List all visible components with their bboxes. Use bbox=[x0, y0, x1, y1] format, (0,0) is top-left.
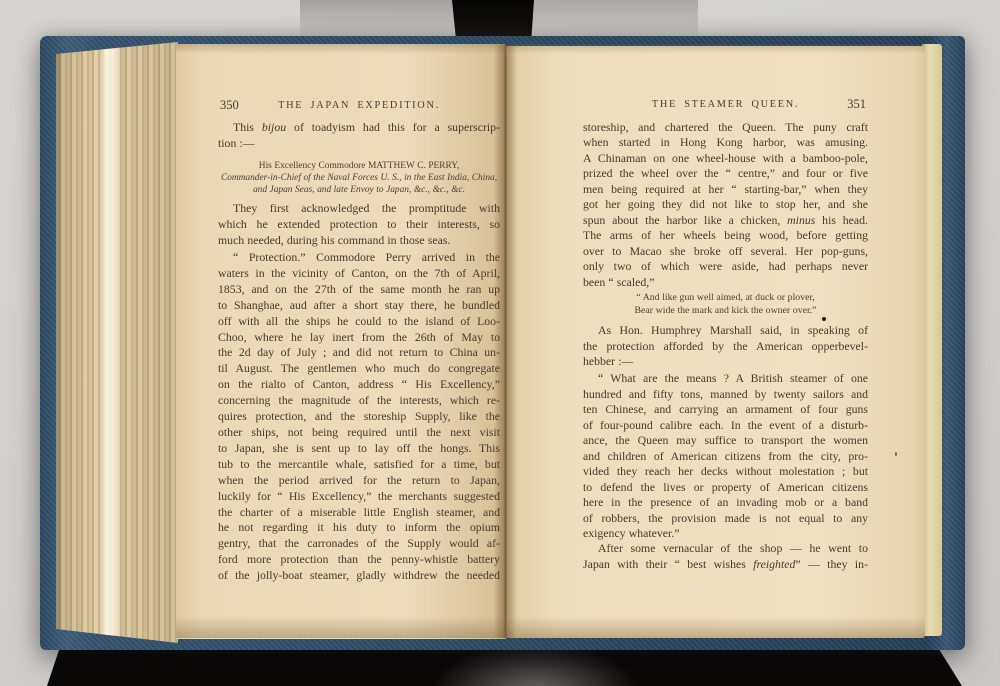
left-page-text-column: 350 THE JAPAN EXPEDITION. This bijou of … bbox=[218, 0, 500, 686]
text-line: other ships, not being required until th… bbox=[218, 425, 500, 441]
verse-block: “ And like gun well aimed, at duck or pl… bbox=[583, 292, 868, 317]
text-line: of robbers, the provision made is not eq… bbox=[583, 511, 868, 527]
text-line: of the jolly-boat steamer, gladly withdr… bbox=[218, 568, 500, 584]
ink-speck bbox=[895, 452, 897, 456]
para-block: storeship, and chartered the Queen. The … bbox=[583, 120, 868, 290]
text-line: the 2d day of July ; and did not return … bbox=[218, 345, 500, 361]
text-line: when started in Hong Kong harbor, was am… bbox=[583, 135, 868, 150]
text-line: exigency whatever.” bbox=[583, 526, 868, 542]
para-block: After some vernacular of the shop — he w… bbox=[583, 541, 868, 572]
right-page-text-column: THE STEAMER QUEEN. 351 storeship, and ch… bbox=[583, 0, 868, 686]
text-line: got her going they did not like to stop … bbox=[583, 197, 868, 212]
text-line: over to Macao she broke off several. Her… bbox=[583, 244, 868, 259]
text-line: of four-pound calibre each. In the event… bbox=[583, 418, 868, 434]
text-line: vided they reach her decks without moles… bbox=[583, 464, 868, 480]
text-line: been “ scaled,” bbox=[583, 275, 868, 290]
text-line: “ Protection.” Commodore Perry arrived i… bbox=[218, 250, 500, 266]
text-line: quires protection, and the storeship Sup… bbox=[218, 409, 500, 425]
photo-of-open-book: 350 THE JAPAN EXPEDITION. This bijou of … bbox=[0, 0, 1000, 686]
text-line: only two of which were aside, had perhap… bbox=[583, 259, 868, 274]
para-block: “ What are the means ? A British steamer… bbox=[583, 371, 868, 542]
endpaper-edge bbox=[922, 44, 942, 636]
text-line: As Hon. Humphrey Marshall said, in speak… bbox=[583, 323, 868, 339]
text-line: tub to the mercantile whale, satisfied f… bbox=[218, 457, 500, 473]
text-line: when the period arrived for the return t… bbox=[218, 473, 500, 489]
text-line: ten Chinese, and carrying an armament of… bbox=[583, 402, 868, 418]
text-line: storeship, and chartered the Queen. The … bbox=[583, 120, 868, 135]
text-line: The arms of her wheels being wood, befor… bbox=[583, 228, 868, 243]
text-line: “ What are the means ? A British steamer… bbox=[583, 371, 868, 387]
text-line: hundred and fifty tons, manned by twenty… bbox=[583, 387, 868, 403]
text-line: here in the presence of an invading mob … bbox=[583, 495, 868, 511]
ink-speck bbox=[822, 317, 826, 321]
text-line: This bijou of toadyism had this for a su… bbox=[218, 120, 500, 136]
para-block: “ Protection.” Commodore Perry arrived i… bbox=[218, 250, 500, 584]
text-line: prized the wheel over the “ centre,” and… bbox=[583, 166, 868, 181]
text-line: to defend the lives or property of Ameri… bbox=[583, 480, 868, 496]
text-line: which he extended protection to their in… bbox=[218, 217, 500, 233]
text-line: His Excellency Commodore MATTHEW C. PERR… bbox=[218, 160, 500, 172]
text-line: They first acknowledged the promptitude … bbox=[218, 201, 500, 217]
text-line: tion :— bbox=[218, 136, 500, 152]
text-line: spun about the harbor like a chicken, mi… bbox=[583, 213, 868, 228]
para-block: They first acknowledged the promptitude … bbox=[218, 201, 500, 249]
citation-block: His Excellency Commodore MATTHEW C. PERR… bbox=[218, 160, 500, 197]
text-line: much needed, during his command in those… bbox=[218, 233, 500, 249]
running-head-left: THE JAPAN EXPEDITION. bbox=[218, 100, 500, 111]
text-line: luckily for “ His Excellency,” the merch… bbox=[218, 489, 500, 505]
running-head-right: THE STEAMER QUEEN. bbox=[583, 99, 868, 110]
text-line: After some vernacular of the shop — he w… bbox=[583, 541, 868, 557]
text-line: A Chinaman on one wheel-house with a bam… bbox=[583, 151, 868, 166]
text-line: ford more protection than the penny-whis… bbox=[218, 552, 500, 568]
text-line: concerning the magnitude of the interest… bbox=[218, 393, 500, 409]
text-line: til August. The gentlemen who much do co… bbox=[218, 361, 500, 377]
text-line: Bear wide the mark and kick the owner ov… bbox=[583, 305, 868, 318]
para-block: As Hon. Humphrey Marshall said, in speak… bbox=[583, 323, 868, 370]
text-line: Japan with their “ best wishes freighted… bbox=[583, 557, 868, 573]
text-line: “ And like gun well aimed, at duck or pl… bbox=[583, 292, 868, 305]
text-line: waters in the vicinity of Canton, on the… bbox=[218, 266, 500, 282]
text-line: the protection afforded by the American … bbox=[583, 339, 868, 355]
text-line: he not regarding it his duty to inform t… bbox=[218, 520, 500, 536]
text-line: and children of American citizens from t… bbox=[583, 449, 868, 465]
text-line: Choo, where he lay inert from the 26th o… bbox=[218, 330, 500, 346]
text-line: off with all the ships he could to the i… bbox=[218, 314, 500, 330]
text-line: and Japan Seas, and late Envoy to Japan,… bbox=[218, 184, 500, 196]
page-stack-shading bbox=[56, 42, 178, 643]
text-line: hebber :— bbox=[583, 354, 868, 370]
page-number-right: 351 bbox=[847, 97, 866, 112]
text-line: on the rialto of Canton, address “ His E… bbox=[218, 377, 500, 393]
text-line: the charter of a miserable little Englis… bbox=[218, 505, 500, 521]
text-line: to Japan, she is sent up to lay off the … bbox=[218, 441, 500, 457]
text-line: men being required at her “ starting-bar… bbox=[583, 182, 868, 197]
text-line: to Shanghae, aud after a short stay ther… bbox=[218, 298, 500, 314]
text-line: gentry, that the carronades of the Suppl… bbox=[218, 536, 500, 552]
text-line: 1853, and on the 27th of the same month … bbox=[218, 282, 500, 298]
text-line: ance, the Queen may suffice to transport… bbox=[583, 433, 868, 449]
para-block: This bijou of toadyism had this for a su… bbox=[218, 120, 500, 152]
text-line: Commander-in-Chief of the Naval Forces U… bbox=[218, 172, 500, 184]
